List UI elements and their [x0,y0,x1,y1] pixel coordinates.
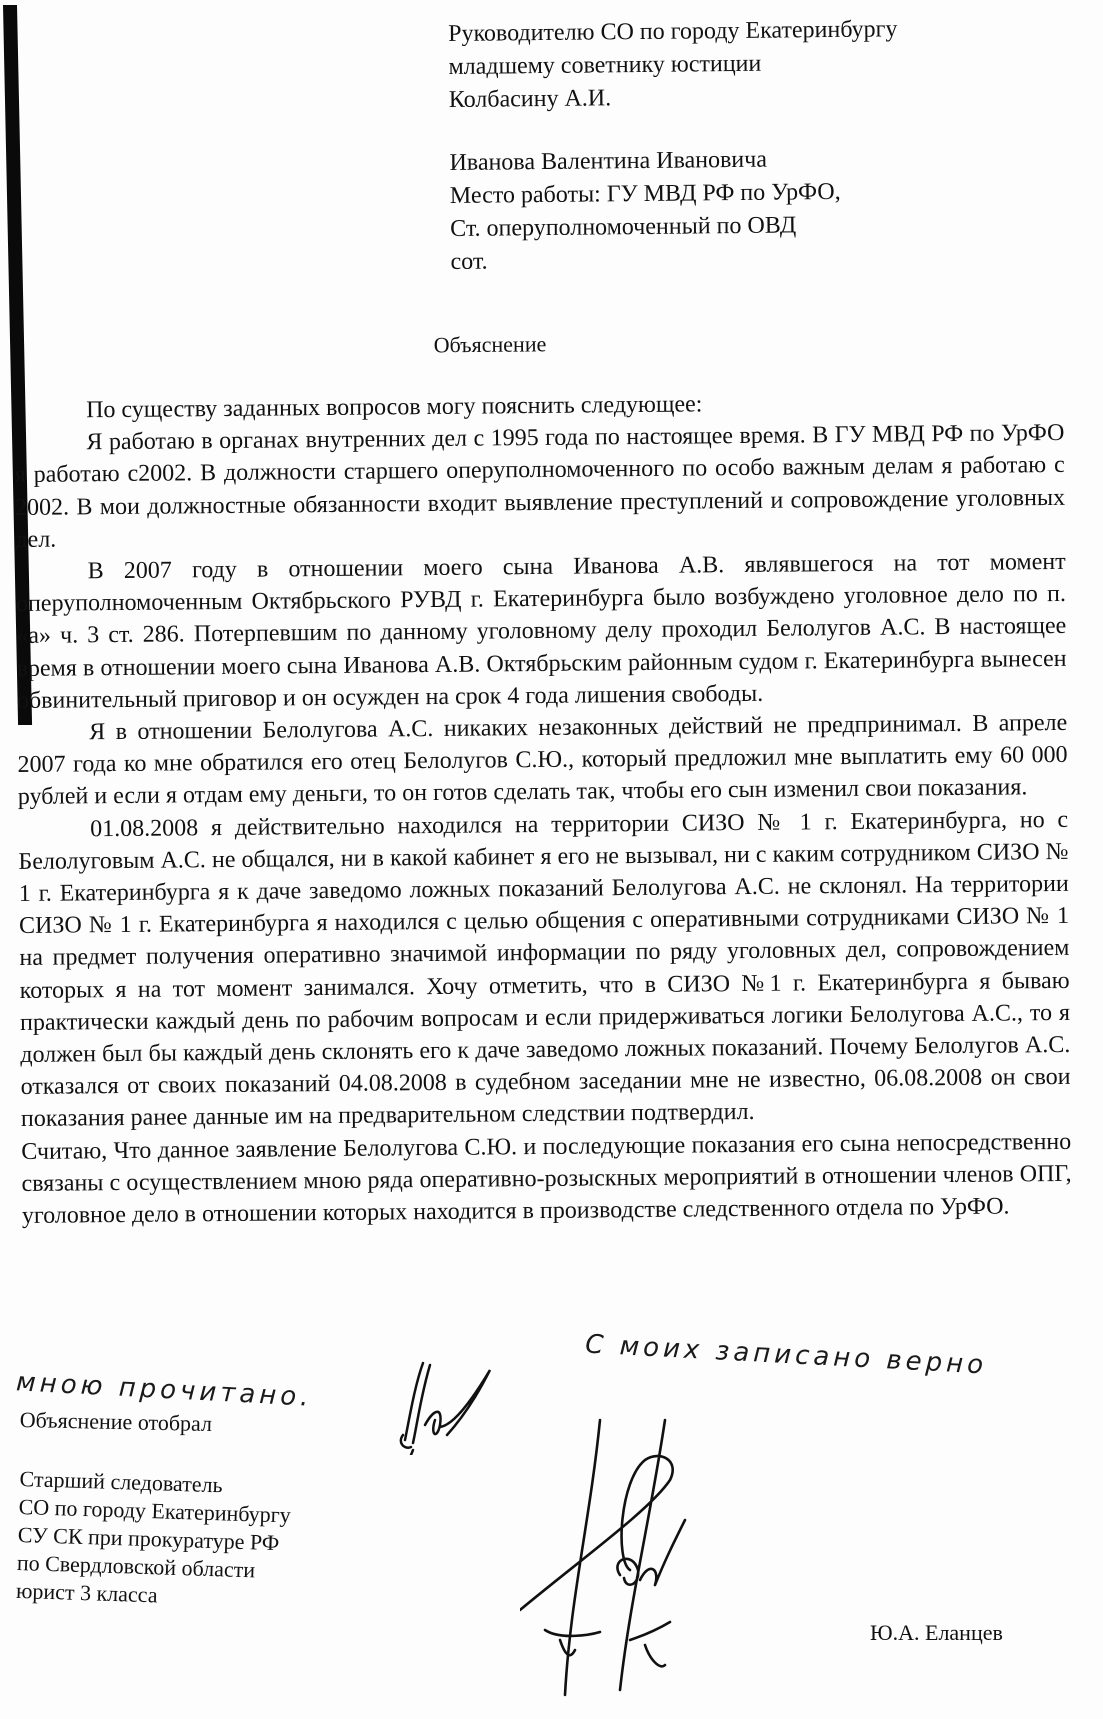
handwritten-note-part2: мною прочитано. [15,1367,313,1412]
signature-elantsev-icon [520,1400,720,1700]
addressee-line: Колбасину А.И. [449,79,899,117]
body-paragraph: Я работаю в органах внутренних дел с 199… [14,417,1065,556]
officer-name: Ю.А. Еланцев [870,1620,1003,1646]
body-paragraph: В 2007 году в отношении моего сына Ивано… [16,546,1067,717]
sender-line: Ст. оперуполномоченный по ОВД [450,208,900,246]
sender-line: сот. [450,241,900,279]
officer-block: Старший следователь СО по городу Екатери… [16,1465,292,1613]
spacer [449,112,899,147]
scanned-document-page: Руководителю СО по городу Екатеринбургу … [0,0,1103,1719]
handwritten-note-part1: С моих записано верно [584,1329,987,1380]
document-body: По существу заданных вопросов могу поясн… [14,385,1072,1232]
addressee-line: Руководителю СО по городу Екатеринбургу [448,13,898,51]
body-paragraph: Считаю, Что данное заявление Белолугова … [21,1126,1072,1233]
taken-by-label: Объяснение отобрал [19,1407,212,1437]
signature-ivanov-icon [385,1355,495,1455]
body-paragraph: 01.08.2008 я действительно находился на … [18,804,1071,1136]
document-title: Объяснение [0,328,940,362]
sender-line: Место работы: ГУ МВД РФ по УрФО, [450,175,900,213]
sender-line: Иванова Валентина Ивановича [449,142,899,180]
addressee-line: младшему советнику юстиции [448,46,898,84]
body-paragraph: Я в отношении Белолугова А.С. никаких не… [17,707,1068,814]
addressee-block: Руководителю СО по городу Екатеринбургу … [448,13,900,279]
